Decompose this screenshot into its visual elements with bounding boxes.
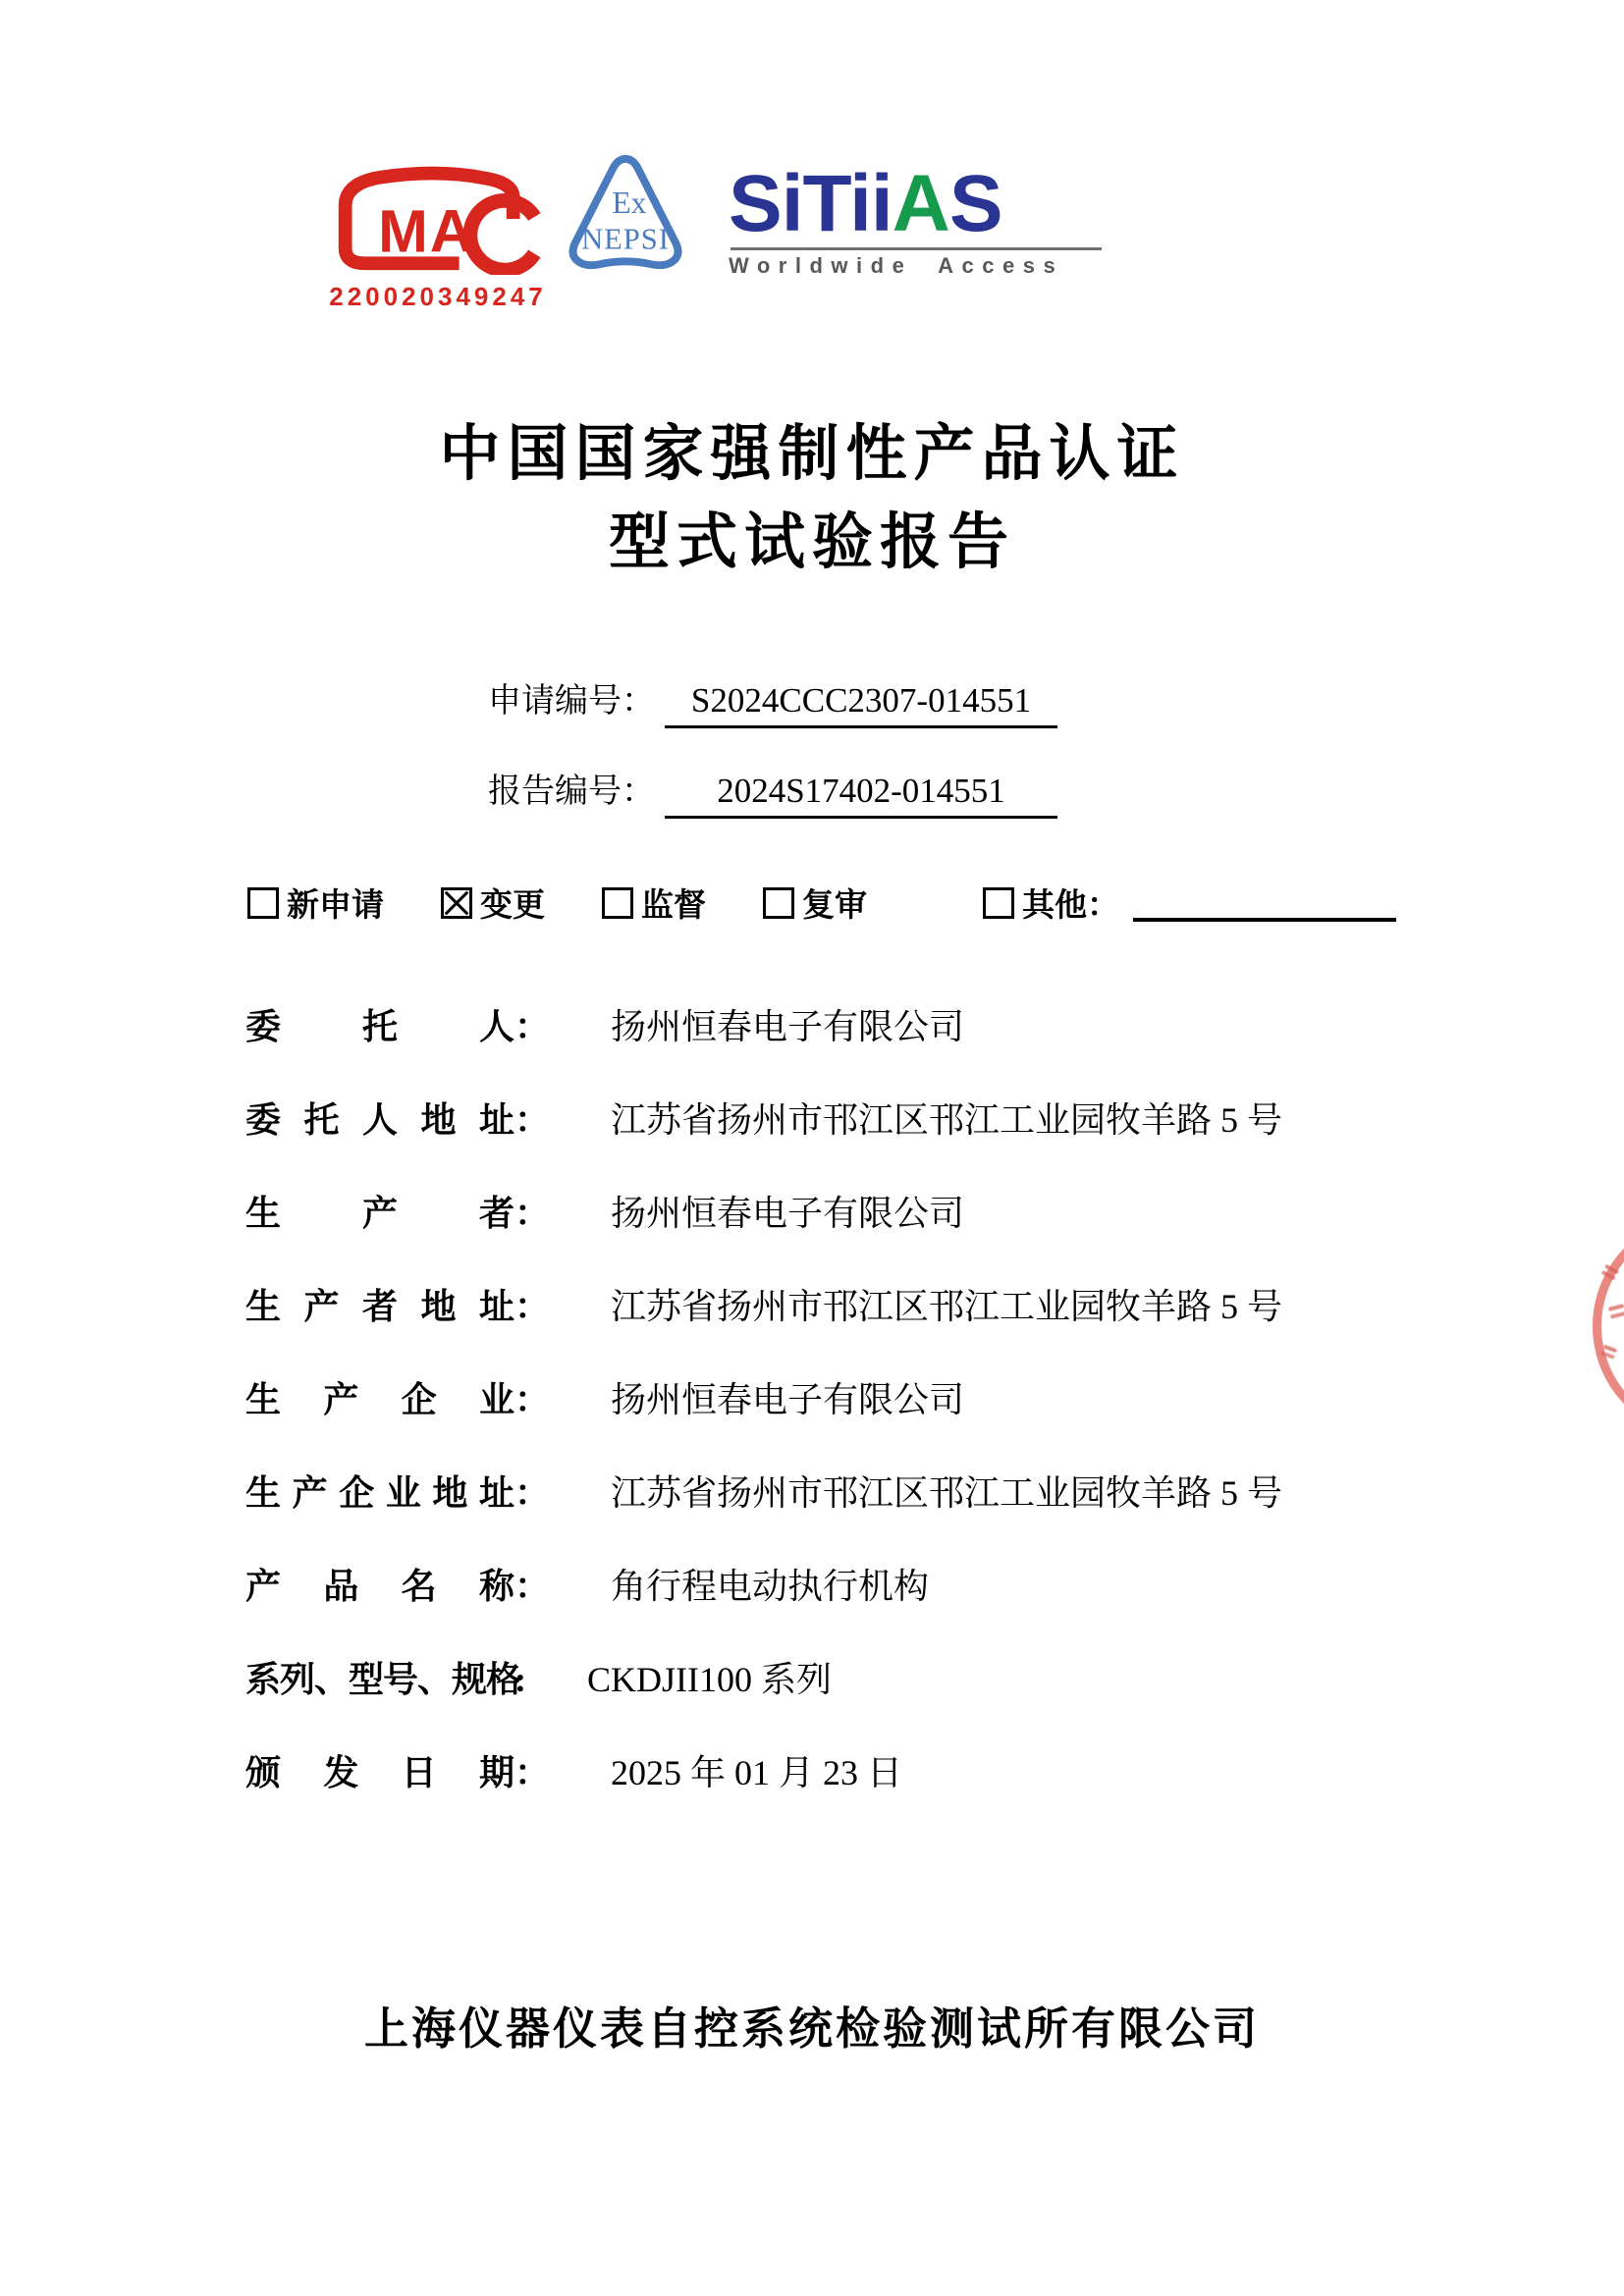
- nepsi-name-text: NEPSI: [581, 223, 670, 256]
- field-label: 颁发日期: [245, 1745, 514, 1795]
- application-number-row: 申请编号：S2024CCC2307-014551: [488, 673, 1057, 728]
- field-label: 委托人: [245, 999, 514, 1049]
- field-label: 生产者地址: [245, 1279, 514, 1329]
- field-label: 生产企业: [245, 1372, 514, 1422]
- field-label: 产品名称: [245, 1559, 514, 1609]
- checkbox-checked-icon: [441, 887, 472, 919]
- other-blank-line: [1133, 884, 1396, 922]
- field-colon: ：: [514, 1372, 550, 1422]
- field-value: 2025 年 01 月 23 日: [611, 1745, 902, 1795]
- document-title: 中国国家强制性产品认证 型式试验报告: [0, 410, 1624, 587]
- cma-mark-icon: MA: [322, 163, 554, 275]
- title-line-1: 中国国家强制性产品认证: [0, 410, 1624, 499]
- sitiias-wordmark: SiTiiAS: [729, 165, 1108, 243]
- field-colon: ：: [514, 1745, 550, 1795]
- field-value: 扬州恒春电子有限公司: [611, 1186, 964, 1236]
- sitiias-green-letter: A: [893, 159, 949, 248]
- field-colon: ：: [514, 1279, 550, 1329]
- field-row: 产品名称：角行程电动执行机构: [245, 1559, 1282, 1598]
- cma-number: 220020349247: [322, 282, 554, 312]
- official-seal-partial: [1593, 1214, 1624, 1438]
- report-number-label: 报告编号：: [488, 774, 655, 810]
- report-type-option: 新申请: [247, 880, 384, 926]
- sitiias-logo: SiTiiAS Worldwide Access: [729, 165, 1108, 279]
- field-row: 生产者地址：江苏省扬州市邗江区邗江工业园牧羊路 5 号: [245, 1279, 1282, 1318]
- field-colon: ：: [514, 999, 550, 1049]
- application-number-value: S2024CCC2307-014551: [665, 681, 1057, 728]
- cma-letters: MA: [378, 197, 475, 264]
- nepsi-triangle-icon: Ex NEPSI: [558, 149, 693, 287]
- nepsi-logo: Ex NEPSI: [558, 149, 693, 292]
- report-type-option: 监督: [602, 880, 706, 926]
- report-type-option: 变更: [441, 880, 545, 926]
- report-type-label: 其他：: [1022, 880, 1119, 926]
- checkbox-icon: [247, 887, 279, 919]
- field-row: 颁发日期：2025 年 01 月 23 日: [245, 1745, 1282, 1785]
- field-colon: ：: [514, 1559, 550, 1609]
- checkbox-icon: [763, 887, 794, 919]
- checkbox-icon: [602, 887, 633, 919]
- field-row: 委托人：扬州恒春电子有限公司: [245, 999, 1282, 1039]
- report-type-label: 新申请: [287, 880, 384, 926]
- issuer-company-name: 上海仪器仪表自控系统检验测试所有限公司: [0, 1993, 1624, 2056]
- report-number-row: 报告编号：2024S17402-014551: [488, 764, 1057, 819]
- field-label: 系列、型号、规格: [245, 1652, 514, 1702]
- field-row: 生产企业：扬州恒春电子有限公司: [245, 1372, 1282, 1412]
- document-page: MA 220020349247 Ex NEPSI SiTiiAS Worldwi…: [0, 0, 1624, 2296]
- report-type-option: 其他：: [983, 880, 1396, 926]
- field-label: 生产者: [245, 1186, 514, 1236]
- report-type-option: 复审: [763, 880, 867, 926]
- report-type-label: 变更: [480, 880, 545, 926]
- field-value: 江苏省扬州市邗江区邗江工业园牧羊路 5 号: [611, 1093, 1282, 1143]
- field-value: 江苏省扬州市邗江区邗江工业园牧羊路 5 号: [611, 1466, 1282, 1516]
- field-value: CKDJII100 系列: [587, 1652, 832, 1702]
- report-type-row: 新申请变更监督复审其他：: [247, 880, 1396, 928]
- field-colon: ：: [514, 1466, 550, 1516]
- field-value: 扬州恒春电子有限公司: [611, 1372, 964, 1422]
- field-colon: ：: [514, 1186, 550, 1236]
- cma-logo: MA 220020349247: [322, 163, 554, 312]
- report-number-value: 2024S17402-014551: [665, 772, 1057, 819]
- field-row: 生产企业地址：江苏省扬州市邗江区邗江工业园牧羊路 5 号: [245, 1466, 1282, 1505]
- field-colon: ：: [514, 1093, 550, 1143]
- field-row: 委托人地址：江苏省扬州市邗江区邗江工业园牧羊路 5 号: [245, 1093, 1282, 1132]
- field-list: 委托人：扬州恒春电子有限公司委托人地址：江苏省扬州市邗江区邗江工业园牧羊路 5 …: [245, 999, 1282, 1839]
- field-value: 角行程电动执行机构: [611, 1559, 929, 1609]
- field-value: 江苏省扬州市邗江区邗江工业园牧羊路 5 号: [611, 1279, 1282, 1329]
- field-row: 系列、型号、规格:CKDJII100 系列: [245, 1652, 1282, 1691]
- field-value: 扬州恒春电子有限公司: [611, 999, 964, 1049]
- sitiias-suffix: S: [949, 159, 1002, 248]
- report-type-label: 复审: [802, 880, 867, 926]
- sitiias-tagline: Worldwide Access: [729, 253, 1108, 279]
- application-number-label: 申请编号：: [488, 683, 655, 720]
- nepsi-ex-text: Ex: [612, 186, 646, 220]
- field-colon: :: [514, 1659, 526, 1700]
- sitiias-prefix: SiTii: [729, 159, 893, 248]
- checkbox-icon: [983, 887, 1014, 919]
- field-label: 委托人地址: [245, 1093, 514, 1143]
- field-label: 生产企业地址: [245, 1466, 514, 1516]
- title-line-2: 型式试验报告: [0, 499, 1624, 587]
- number-block: 申请编号：S2024CCC2307-014551 报告编号：2024S17402…: [488, 673, 1057, 854]
- field-row: 生产者：扬州恒春电子有限公司: [245, 1186, 1282, 1225]
- report-type-label: 监督: [641, 880, 706, 926]
